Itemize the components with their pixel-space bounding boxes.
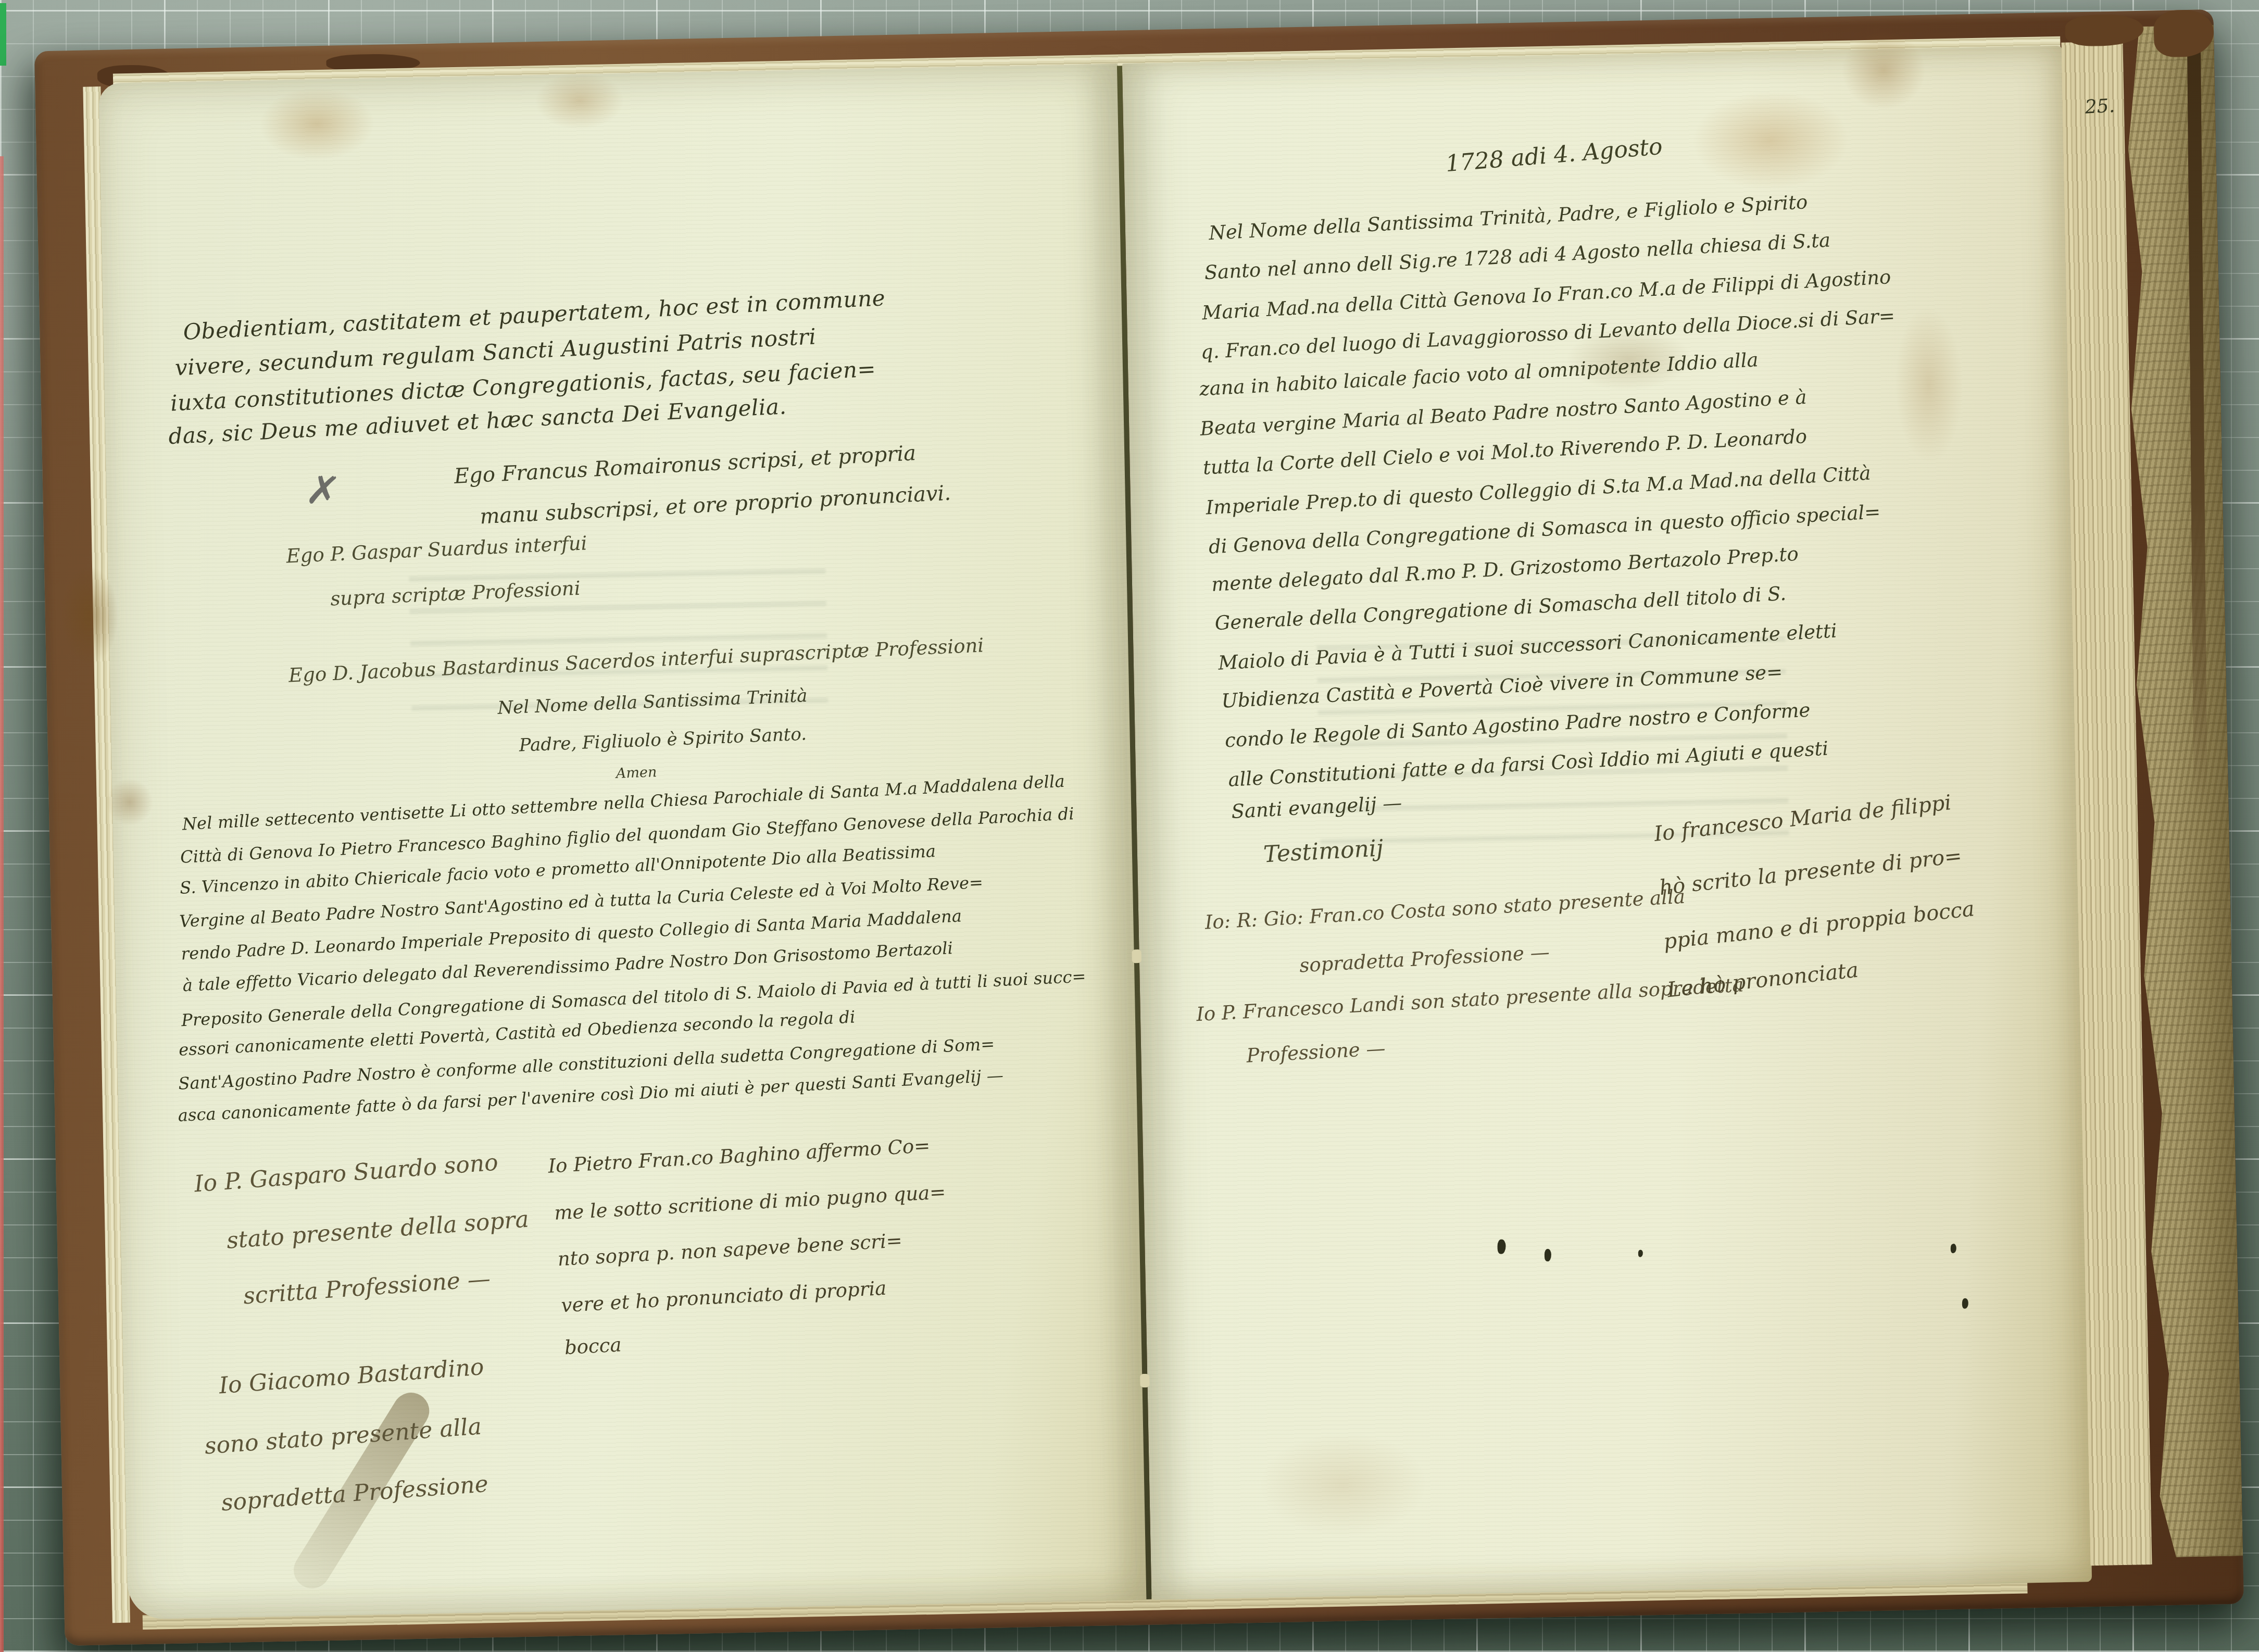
manuscript-photo: Obedientiam, castitatem et paupertatem, …: [0, 0, 2259, 1652]
cross-mark: ✗: [303, 466, 343, 516]
page-number: 25.: [2085, 95, 2115, 118]
manuscript-book: Obedientiam, castitatem et paupertatem, …: [34, 9, 2244, 1646]
mat-green-corner: [0, 3, 6, 66]
binding-stitch: [1132, 949, 1141, 963]
manuscript-line: Amen: [616, 764, 657, 782]
mat-red-edge-stripe: [0, 156, 4, 1652]
manuscript-line: bocca: [564, 1333, 622, 1359]
binding-stitch: [1140, 1374, 1149, 1387]
